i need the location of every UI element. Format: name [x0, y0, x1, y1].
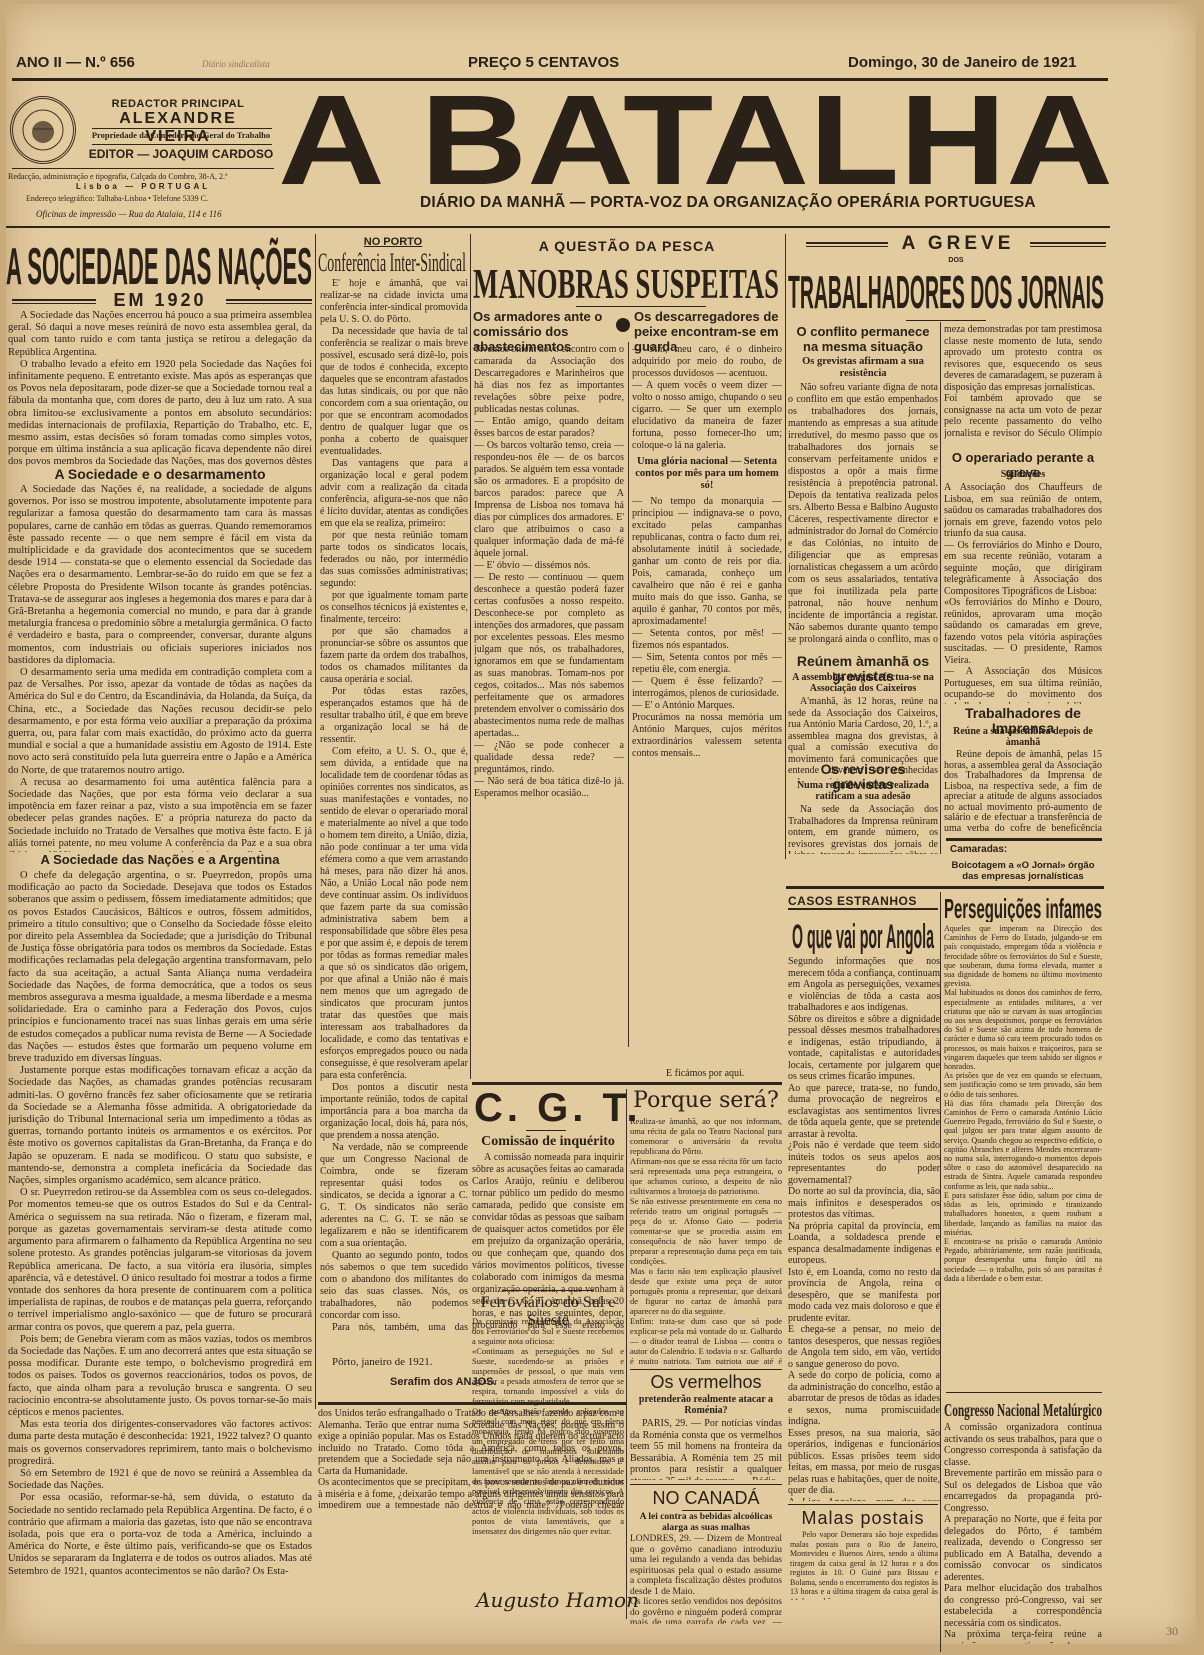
price: PREÇO 5 CENTAVOS [468, 54, 619, 71]
divider [1030, 246, 1106, 247]
article-sociedade-intro: A Sociedade das Nações encerrou há pouco… [8, 310, 312, 466]
article-congresso: A comissão organizadora continua activan… [944, 1422, 1102, 1644]
ornament-icon [616, 318, 630, 332]
divider [946, 1392, 1102, 1393]
headline-congresso: Congresso Nacional Metalúrgico [944, 1398, 1104, 1420]
subhead-canada: A lei contra as bebidas alcoólicas alarg… [628, 1512, 784, 1533]
divider [906, 320, 986, 321]
subhead-comissao: Comissão de inquérito [472, 1134, 624, 1150]
divider [12, 303, 96, 304]
headline-trabalhadores-jornais: TRABALHADORES DOS JORNAIS [788, 266, 1106, 312]
article-operariado: A Associação dos Chauffeurs de Lisboa, e… [944, 482, 1102, 704]
headline-conferencia: Conferência Inter-Sindical [318, 248, 468, 276]
boycott-notice: Boicotagem a «O Jornal» órgão das empres… [944, 860, 1102, 882]
article-conferencia: E' hoje e ámanhã, que vai realizar-se na… [320, 278, 468, 1333]
svg-text:O que vai por Angola: O que vai por Angola [792, 918, 934, 954]
section-divider [786, 886, 1104, 889]
headline-vermelhos: Os vermelhos [628, 1372, 784, 1393]
headline-porque-sera: Porque será? [628, 1088, 784, 1113]
column-divider [470, 234, 471, 1079]
newspaper-page: ANO II — N.º 656 Diário sindicalista PRE… [6, 4, 1196, 1644]
headline-angola: O que vai por Angola [792, 914, 936, 954]
article-desarmamento: A Sociedade das Nações é, na realidade, … [8, 484, 312, 852]
tagline-small: Diário sindicalista [202, 59, 270, 69]
headline-manobras: MANOBRAS SUSPEITAS [473, 262, 781, 302]
address: Redacção, administração e tipografia, Ca… [8, 172, 278, 181]
svg-text:A SOCIEDADE DAS NAÇÕES: A SOCIEDADE DAS NAÇÕES [6, 237, 312, 290]
kicker-dos: DOS [936, 257, 976, 264]
newspaper-title-logo: A BATALHA [278, 84, 1118, 194]
divider [630, 1484, 782, 1485]
divider [946, 838, 1102, 841]
article-malas-postais: Pelo vapor Demerara são hoje expedidas m… [790, 1530, 938, 1600]
divider [1030, 242, 1106, 244]
divider [226, 303, 312, 304]
divider [630, 1369, 782, 1370]
redactor-label: REDACTOR PRINCIPAL [86, 98, 270, 110]
article-perseguicoes: Aqueles que imperam na Direcção dos Cami… [944, 924, 1102, 1386]
ownership: Propriedade da Confederação Geral do Tra… [86, 130, 276, 140]
editor: EDITOR — JOAQUIM CARDOSO [86, 147, 276, 161]
kicker-no-porto: NO PORTO [318, 236, 468, 248]
divider [502, 1290, 594, 1291]
svg-text:TRABALHADORES DOS JORNAIS: TRABALHADORES DOS JORNAIS [788, 266, 1104, 312]
s1-head: O conflito permanece na mesma situação [788, 324, 938, 354]
kicker-a-greve: A GREVE [890, 233, 1026, 255]
article-revisores-continued: meza demonstradas por tam prestimosa cla… [944, 324, 1102, 440]
article-gloria-nacional: — No tempo da monarquia — principiou — i… [632, 496, 782, 1038]
svg-text:Perseguições infames: Perseguições infames [944, 893, 1102, 922]
kicker-questao-pesca: A QUESTÃO DA PESCA [472, 238, 782, 254]
divider [92, 144, 272, 145]
kicker-em-1920: EM 1920 [98, 290, 222, 311]
article-descarregadores: — Sim, meu caro, é o dinheiro adquirido … [632, 344, 782, 454]
s1-sub: Os grevistas afirmam a sua resistência [788, 356, 938, 380]
divider [788, 908, 938, 910]
divider [526, 1130, 566, 1131]
divider [226, 299, 312, 301]
issue-date: Domingo, 30 de Janeiro de 1921 [848, 54, 1076, 71]
section-divider [472, 1082, 782, 1085]
divider [576, 306, 706, 307]
headline-perseguicoes: Perseguições infames [944, 892, 1104, 922]
article-revisores: Na sede da Associação dos Trabalhadores … [788, 804, 938, 854]
column-divider [315, 234, 316, 1409]
article-vermelhos: PARIS, 29. — Por notícias vindas da Romé… [630, 1418, 782, 1480]
cgt-seal-icon [10, 96, 76, 164]
margin-note: 30 [1166, 1624, 1178, 1639]
divider [92, 128, 272, 129]
column-divider [628, 342, 629, 1047]
article-angola: Segundo informações que nos merecem tôda… [788, 956, 940, 1501]
column-divider [940, 892, 941, 1652]
signature-hamon: Augusto Hamon [476, 1588, 639, 1612]
divider [682, 1510, 732, 1511]
telegraph: Endereço telegráfico: Talhaba-Lisboa • T… [26, 194, 208, 203]
section-divider [318, 1402, 626, 1405]
svg-text:Congresso Nacional Metalúrgico: Congresso Nacional Metalúrgico [944, 1400, 1102, 1420]
subhead-vermelhos: pretenderão realmente atacar a Roménia? [628, 1394, 784, 1416]
section-desarmamento: A Sociedade e o desarmamento [8, 467, 312, 482]
headline-cgt: C. G. T. [474, 1086, 642, 1131]
svg-text:A BATALHA: A BATALHA [278, 84, 1113, 194]
s3-sub: Numa reünião ontem realizada ratificam a… [788, 780, 938, 802]
article-porque-sera: Realiza-se àmanhã, ao que nos informam, … [630, 1116, 782, 1364]
column-divider [940, 322, 941, 854]
divider [806, 246, 888, 247]
article-armadores: Tivemos ontem novo encontro com o camara… [474, 344, 624, 1044]
box-head-gloria: Uma glória nacional — Setenta contos por… [634, 456, 780, 492]
svg-text:Conferência Inter-Sindical: Conferência Inter-Sindical [318, 248, 466, 276]
article-canada: LONDRES, 29. — Dizem de Montreal que o g… [630, 1534, 782, 1624]
divider [12, 299, 96, 301]
city: Lisboa — PORTUGAL [76, 182, 210, 191]
article-imprensa: Reúne depois de àmanhã, pelas 15 horas, … [944, 750, 1102, 832]
article-argentina: O chefe da delegação argentina, o sr. Pu… [8, 870, 312, 1630]
closing-line: E ficámos por aqui. [666, 1068, 744, 1079]
divider [788, 1504, 938, 1505]
divider [12, 168, 274, 169]
svg-text:MANOBRAS SUSPEITAS: MANOBRAS SUSPEITAS [473, 262, 779, 302]
column-divider [785, 234, 786, 859]
headline-malas-postais: Malas postais [788, 1508, 938, 1529]
headline-canada: NO CANADÁ [628, 1488, 784, 1509]
headline-sociedade: A SOCIEDADE DAS NAÇÕES [6, 236, 316, 290]
issue-number: ANO II — N.º 656 [16, 54, 135, 71]
subtitle: DIÁRIO DA MANHÃ — PORTA-VOZ DA ORGANIZAÇ… [420, 194, 1036, 212]
section-argentina: A Sociedade das Nações e a Argentina [8, 852, 312, 867]
dateline: Pôrto, janeiro de 1921. [332, 1356, 433, 1368]
s2-sub: A assemblea magna efectua-se na Associaç… [788, 672, 938, 694]
divider [806, 242, 888, 244]
masthead-top-rule [12, 78, 1108, 81]
kicker-casos-estranhos: CASOS ESTRANHOS [788, 894, 917, 908]
masthead-bottom-rule [6, 226, 1110, 228]
printing-office: Oficinas de impressão — Rua da Atalaia, … [36, 209, 222, 219]
s4-sub: Saüdações [944, 468, 1102, 482]
column-divider [626, 1089, 627, 1619]
article-sociedade-continued: dos Unidos terão esfrangalhado o Tratado… [318, 1408, 624, 1508]
camaradas-label: Camaradas: [950, 844, 1007, 855]
s5-sub: Reúne a sua assemblea depois de àmanhã [944, 726, 1102, 748]
article-conflito: Não sofreu variante digna de nota o conf… [788, 382, 938, 646]
